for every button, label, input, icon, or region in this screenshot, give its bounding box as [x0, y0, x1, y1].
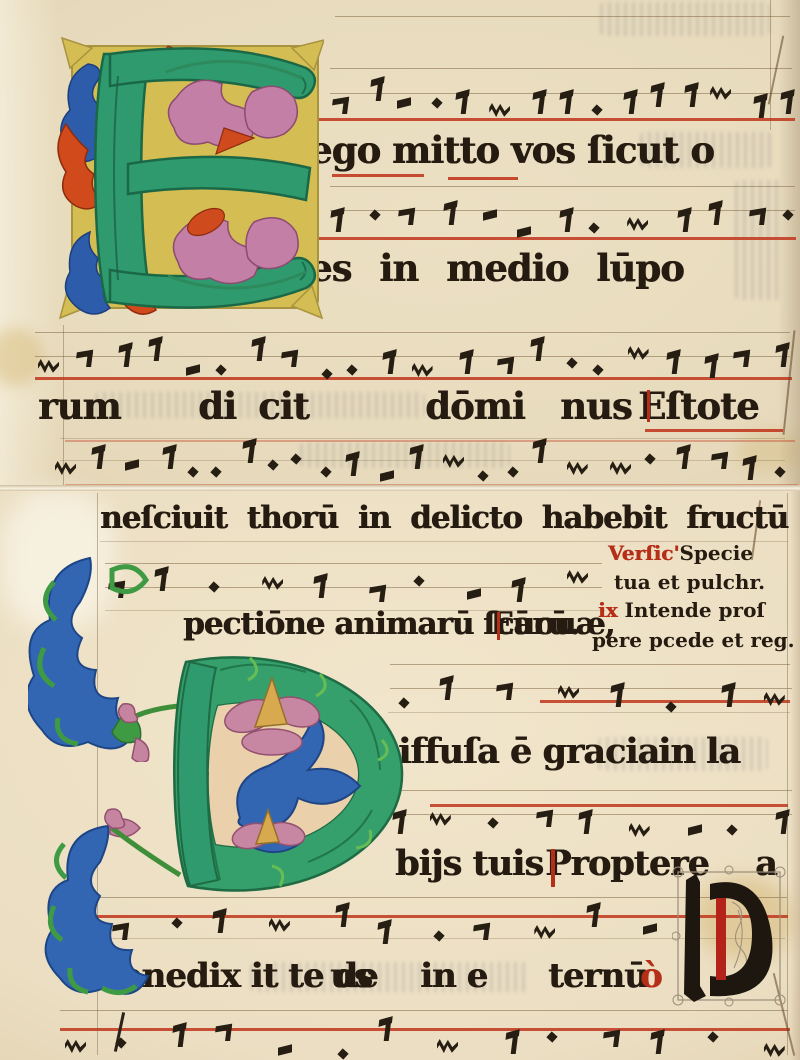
neume-mark: [584, 813, 592, 834]
neume-gap: [744, 832, 749, 834]
neume-gap: [466, 474, 476, 476]
neume-gap: [400, 938, 405, 940]
neume-gap: [598, 832, 603, 834]
neume-gap: [413, 112, 418, 114]
chant-text-line: neſciuit thorū in delicto habebit fructū…: [100, 500, 800, 536]
rubric-stroke: [647, 390, 650, 422]
neume-gap: [589, 705, 599, 707]
chant-text-line: iffuſa ē gracia: [398, 731, 659, 772]
neume-gap: [523, 705, 528, 707]
neume-gap: [614, 372, 624, 374]
chant-word: in e: [420, 956, 487, 996]
neume-mark: [55, 461, 76, 476]
neume-gap: [576, 230, 586, 232]
neume-gap: [433, 596, 438, 598]
neume-gap: [505, 832, 510, 834]
neume-mark: [269, 918, 290, 933]
neume-gap: [242, 1052, 247, 1054]
neume-mark: [488, 817, 499, 828]
neume-mark: [615, 686, 623, 707]
neume-gap: [686, 705, 691, 707]
neume-gap: [357, 938, 367, 940]
neume-gap: [469, 230, 479, 232]
neume-gap: [415, 938, 425, 940]
neume-gap: [698, 112, 708, 114]
neume-gap: [560, 832, 570, 834]
neume-gap: [753, 372, 758, 374]
chant-word: nus: [560, 384, 632, 428]
neume-mark: [167, 448, 175, 469]
neume-mark: [217, 912, 225, 933]
neume-mark: [443, 454, 464, 469]
neume-gap: [176, 474, 186, 476]
neume-mark: [433, 930, 444, 941]
rubric-text: Specie: [679, 541, 753, 565]
neume-mark: [341, 906, 349, 927]
chant-word: rum: [38, 384, 121, 428]
neume-mark: [225, 1026, 232, 1041]
neume-mark: [591, 906, 599, 927]
neume-mark: [437, 1039, 458, 1054]
neume-gap: [670, 832, 680, 834]
neume-gap: [293, 596, 303, 598]
neume-gap: [554, 372, 564, 374]
neume-gap: [502, 230, 512, 232]
neume-gap: [743, 1052, 753, 1054]
neume-gap: [611, 832, 621, 834]
neume-mark: [565, 93, 573, 114]
neume-gap: [580, 372, 590, 374]
neume-mark: [210, 466, 221, 477]
chant-text-line: rum di cit dōmi nus Eſtote: [0, 384, 800, 430]
neume-mark: [591, 104, 602, 115]
neume-gap: [445, 372, 455, 374]
neume-gap: [228, 596, 233, 598]
neume-mark: [683, 211, 691, 232]
neume-gap: [469, 1052, 474, 1054]
neume-gap: [598, 474, 608, 476]
neume-gap: [358, 112, 368, 114]
neume-mark: [431, 97, 442, 108]
neume-gap: [367, 474, 377, 476]
neume-mark: [125, 459, 139, 470]
neume-row: [392, 790, 787, 834]
neume-gap: [701, 705, 711, 707]
neume-gap: [613, 230, 623, 232]
rubric-line: ix Intende proſ: [598, 598, 765, 622]
neume-mark: [291, 352, 298, 367]
staff-line: [335, 16, 790, 17]
neume-gap: [335, 596, 340, 598]
neume-gap: [222, 474, 227, 476]
neume-row: [332, 70, 792, 114]
neume-gap: [664, 474, 674, 476]
neume-gap: [302, 474, 307, 476]
neume-gap: [538, 705, 548, 707]
manuscript-photo: ce ego mitto vos ſicut o ues in medio lū…: [0, 0, 800, 1060]
rubric-underline: [448, 177, 518, 180]
neume-mark: [727, 686, 735, 707]
neume-gap: [673, 1052, 678, 1054]
neume-gap: [303, 1052, 308, 1054]
neume-gap: [767, 112, 777, 114]
neume-gap: [436, 372, 441, 374]
neume-row: [108, 554, 588, 598]
red-staff-line: [35, 377, 792, 380]
neume-mark: [589, 222, 600, 233]
neume-gap: [611, 112, 621, 114]
neume-gap: [395, 596, 405, 598]
neume-mark: [267, 459, 278, 470]
neume-gap: [671, 112, 681, 114]
neume-gap: [764, 474, 774, 476]
neume-gap: [416, 1052, 426, 1054]
neume-mark: [567, 461, 588, 476]
rubric-stroke: [551, 849, 555, 887]
neume-gap: [729, 474, 739, 476]
neume-gap: [238, 372, 248, 374]
neume-mark: [592, 364, 603, 375]
neume-mark: [290, 453, 301, 464]
neume-mark: [187, 466, 198, 477]
neume-mark: [257, 340, 265, 361]
photo-seam: [0, 485, 800, 491]
neume-gap: [547, 596, 557, 598]
neume-gap: [149, 474, 159, 476]
neume-gap: [358, 1052, 368, 1054]
neume-gap: [136, 1052, 141, 1054]
neume-row: [38, 330, 788, 374]
neume-gap: [484, 1052, 494, 1054]
neume-gap: [349, 596, 359, 598]
neume-gap: [527, 1052, 537, 1054]
neume-mark: [643, 923, 657, 934]
neume-gap: [513, 112, 518, 114]
neume-gap: [520, 112, 530, 114]
neume-gap: [547, 474, 552, 476]
neume-gap: [554, 474, 564, 476]
neume-mark: [721, 454, 728, 469]
neume-gap: [97, 1052, 107, 1054]
neume-gap: [546, 372, 551, 374]
neume-gap: [477, 112, 487, 114]
neume-mark: [538, 442, 546, 463]
neume-gap: [491, 596, 501, 598]
neume-gap: [688, 1052, 698, 1054]
neume-gap: [190, 596, 200, 598]
neume-mark: [566, 357, 577, 368]
neume-gap: [257, 474, 267, 476]
neume-gap: [63, 372, 73, 374]
neume-gap: [230, 474, 240, 476]
neume-mark: [764, 692, 785, 707]
rubric-text: Intende proſ: [624, 598, 765, 622]
neume-gap: [629, 1052, 639, 1054]
neume-gap: [443, 112, 453, 114]
neume-gap: [567, 1052, 572, 1054]
neume-mark: [629, 93, 637, 114]
neume-gap: [334, 372, 344, 374]
neume-mark: [408, 210, 415, 225]
neume-gap: [744, 705, 754, 707]
neume-mark: [208, 581, 219, 592]
neume-gap: [603, 230, 608, 232]
neume-gap: [728, 1052, 733, 1054]
neume-mark: [262, 576, 283, 591]
neume-gap: [369, 372, 379, 374]
penwork-initial-D: [672, 862, 790, 1010]
neume-gap: [474, 372, 479, 374]
neume-mark: [786, 93, 794, 114]
neume-gap: [229, 372, 234, 374]
neume-gap: [693, 230, 703, 232]
neume-gap: [520, 474, 530, 476]
rubric-line: tua et pulchr.: [614, 570, 765, 594]
neume-mark: [710, 86, 731, 101]
chant-word: us: [330, 956, 372, 996]
neume-gap: [234, 938, 239, 940]
neume-gap: [453, 938, 463, 940]
neume-mark: [775, 466, 786, 477]
neume-mark: [464, 353, 472, 374]
neume-gap: [447, 596, 457, 598]
staff-line: [330, 186, 795, 187]
neume-gap: [396, 474, 406, 476]
neume-row: [55, 432, 785, 476]
neume-mark: [154, 340, 162, 361]
neume-gap: [347, 230, 352, 232]
neume-mark: [565, 211, 573, 232]
neume-mark: [388, 353, 396, 374]
neume-row: [65, 1010, 785, 1054]
neume-gap: [535, 230, 540, 232]
neume-mark: [610, 461, 631, 476]
neume-gap: [518, 832, 528, 834]
neume-gap: [309, 372, 319, 374]
neume-gap: [652, 372, 662, 374]
chant-text-line: ues in medio lūpo: [283, 246, 684, 290]
neume-gap: [514, 938, 524, 940]
neume-gap: [734, 112, 739, 114]
neume-gap: [532, 596, 537, 598]
neume-gap: [734, 230, 744, 232]
neume-gap: [657, 832, 662, 834]
neume-gap: [360, 372, 365, 374]
neume-gap: [267, 372, 277, 374]
neume-mark: [248, 442, 256, 463]
neume-gap: [249, 938, 259, 940]
neume-mark: [511, 1033, 519, 1054]
neume-gap: [720, 372, 730, 374]
neume-gap: [499, 938, 504, 940]
neume-gap: [762, 372, 772, 374]
neume-row: [330, 188, 792, 232]
neume-gap: [279, 474, 289, 476]
neume-mark: [413, 575, 424, 586]
neume-gap: [647, 705, 657, 707]
staff-line: [388, 712, 790, 713]
neume-mark: [172, 917, 183, 928]
neume-mark: [644, 453, 655, 464]
neume-gap: [420, 112, 430, 114]
neume-gap: [573, 112, 578, 114]
neume-gap: [634, 474, 644, 476]
neume-gap: [682, 372, 687, 374]
neume-gap: [662, 230, 672, 232]
neume-gap: [632, 705, 637, 707]
neume-gap: [315, 938, 325, 940]
neume-mark: [351, 455, 359, 476]
neume-gap: [164, 372, 169, 374]
neume-gap: [199, 474, 209, 476]
neume-gap: [360, 474, 365, 476]
neume-gap: [398, 372, 408, 374]
neume-mark: [124, 346, 132, 367]
neume-gap: [96, 372, 101, 374]
neume-mark: [759, 210, 766, 225]
neume-gap: [590, 474, 595, 476]
neume-mark: [627, 217, 648, 232]
rubric-word: ò: [640, 956, 662, 996]
neume-gap: [657, 474, 662, 476]
chant-word: cit: [258, 384, 309, 428]
neume-gap: [741, 112, 751, 114]
neume-gap: [300, 372, 305, 374]
neume-mark: [216, 364, 227, 375]
neume-mark: [689, 86, 697, 107]
rubric-underline: [332, 174, 424, 177]
neume-gap: [461, 705, 466, 707]
neume-mark: [782, 209, 793, 220]
neume-gap: [105, 372, 115, 374]
neume-gap: [769, 230, 779, 232]
rubric-line: Verſic'Specie: [608, 541, 753, 565]
euouae-formula: Euouæ,: [490, 606, 614, 642]
chant-word: ternū: [548, 956, 648, 996]
chant-word: di: [198, 384, 236, 428]
illuminated-initial-E: [48, 36, 324, 322]
neume-mark: [86, 352, 93, 367]
neume-gap: [242, 596, 252, 598]
neume-gap: [565, 938, 575, 940]
neume-mark: [558, 685, 579, 700]
neume-gap: [582, 1052, 592, 1054]
neume-mark: [116, 1037, 127, 1048]
neume-gap: [418, 230, 423, 232]
neume-gap: [105, 474, 110, 476]
neume-mark: [483, 209, 497, 220]
neume-gap: [191, 938, 201, 940]
neume-mark: [430, 812, 451, 827]
neume-gap: [350, 112, 355, 114]
neume-gap: [605, 372, 610, 374]
rubric-label: Verſic': [608, 541, 679, 565]
neume-gap: [204, 372, 214, 374]
neume-gap: [608, 938, 613, 940]
neume-row: [112, 896, 657, 940]
neume-gap: [757, 832, 767, 834]
neume-mark: [628, 346, 649, 361]
neume-gap: [142, 474, 147, 476]
chant-word: dōmi: [425, 384, 525, 428]
neume-mark: [546, 812, 553, 827]
neume-gap: [653, 230, 658, 232]
neume-mark: [506, 685, 513, 700]
neume-gap: [483, 372, 493, 374]
neume-mark: [319, 577, 327, 598]
neume-mark: [397, 97, 411, 108]
neume-mark: [336, 211, 344, 232]
neume-gap: [78, 474, 88, 476]
neume-gap: [637, 112, 647, 114]
neume-gap: [581, 112, 591, 114]
neume-mark: [414, 448, 422, 469]
neume-mark: [38, 359, 59, 374]
neume-mark: [534, 925, 555, 940]
neume-gap: [384, 112, 394, 114]
neume-mark: [508, 466, 519, 477]
neume-mark: [655, 86, 663, 107]
neume-mark: [781, 346, 789, 367]
neume-mark: [376, 80, 384, 101]
neume-mark: [538, 93, 546, 114]
neume-gap: [545, 230, 555, 232]
neume-gap: [547, 112, 557, 114]
neume-row: [400, 663, 785, 707]
neume-mark: [159, 570, 167, 591]
chant-word: in la: [658, 731, 740, 772]
neume-mark: [672, 353, 680, 374]
neume-gap: [356, 230, 366, 232]
neume-mark: [346, 364, 357, 375]
neume-gap: [300, 938, 305, 940]
neume-mark: [613, 1032, 620, 1047]
neume-gap: [257, 1052, 267, 1054]
neume-mark: [714, 204, 722, 225]
neume-mark: [384, 1020, 392, 1041]
neume-gap: [623, 938, 633, 940]
neume-gap: [603, 112, 608, 114]
neume-gap: [172, 372, 182, 374]
neume-gap: [175, 596, 180, 598]
neume-mark: [507, 359, 514, 374]
neume-mark: [546, 1031, 557, 1042]
neume-gap: [383, 230, 393, 232]
staff-line: [330, 68, 792, 69]
neume-mark: [707, 1031, 718, 1042]
neume-gap: [459, 832, 464, 834]
neume-gap: [423, 474, 428, 476]
neume-mark: [726, 824, 737, 835]
neume-gap: [310, 474, 320, 476]
neume-mark: [780, 813, 788, 834]
neume-gap: [195, 1052, 205, 1054]
neume-gap: [431, 474, 441, 476]
neume-mark: [743, 352, 750, 367]
red-staff-line: [250, 118, 795, 121]
neume-gap: [516, 372, 526, 374]
illuminated-initial-D: [100, 650, 430, 900]
neume-gap: [401, 1052, 406, 1054]
neume-gap: [333, 474, 343, 476]
neume-gap: [470, 112, 475, 114]
chant-word: Eſtote: [638, 384, 759, 428]
neume-mark: [178, 1026, 186, 1047]
neume-gap: [459, 230, 464, 232]
neume-gap: [497, 474, 507, 476]
neume-mark: [369, 209, 380, 220]
neume-gap: [756, 474, 761, 476]
